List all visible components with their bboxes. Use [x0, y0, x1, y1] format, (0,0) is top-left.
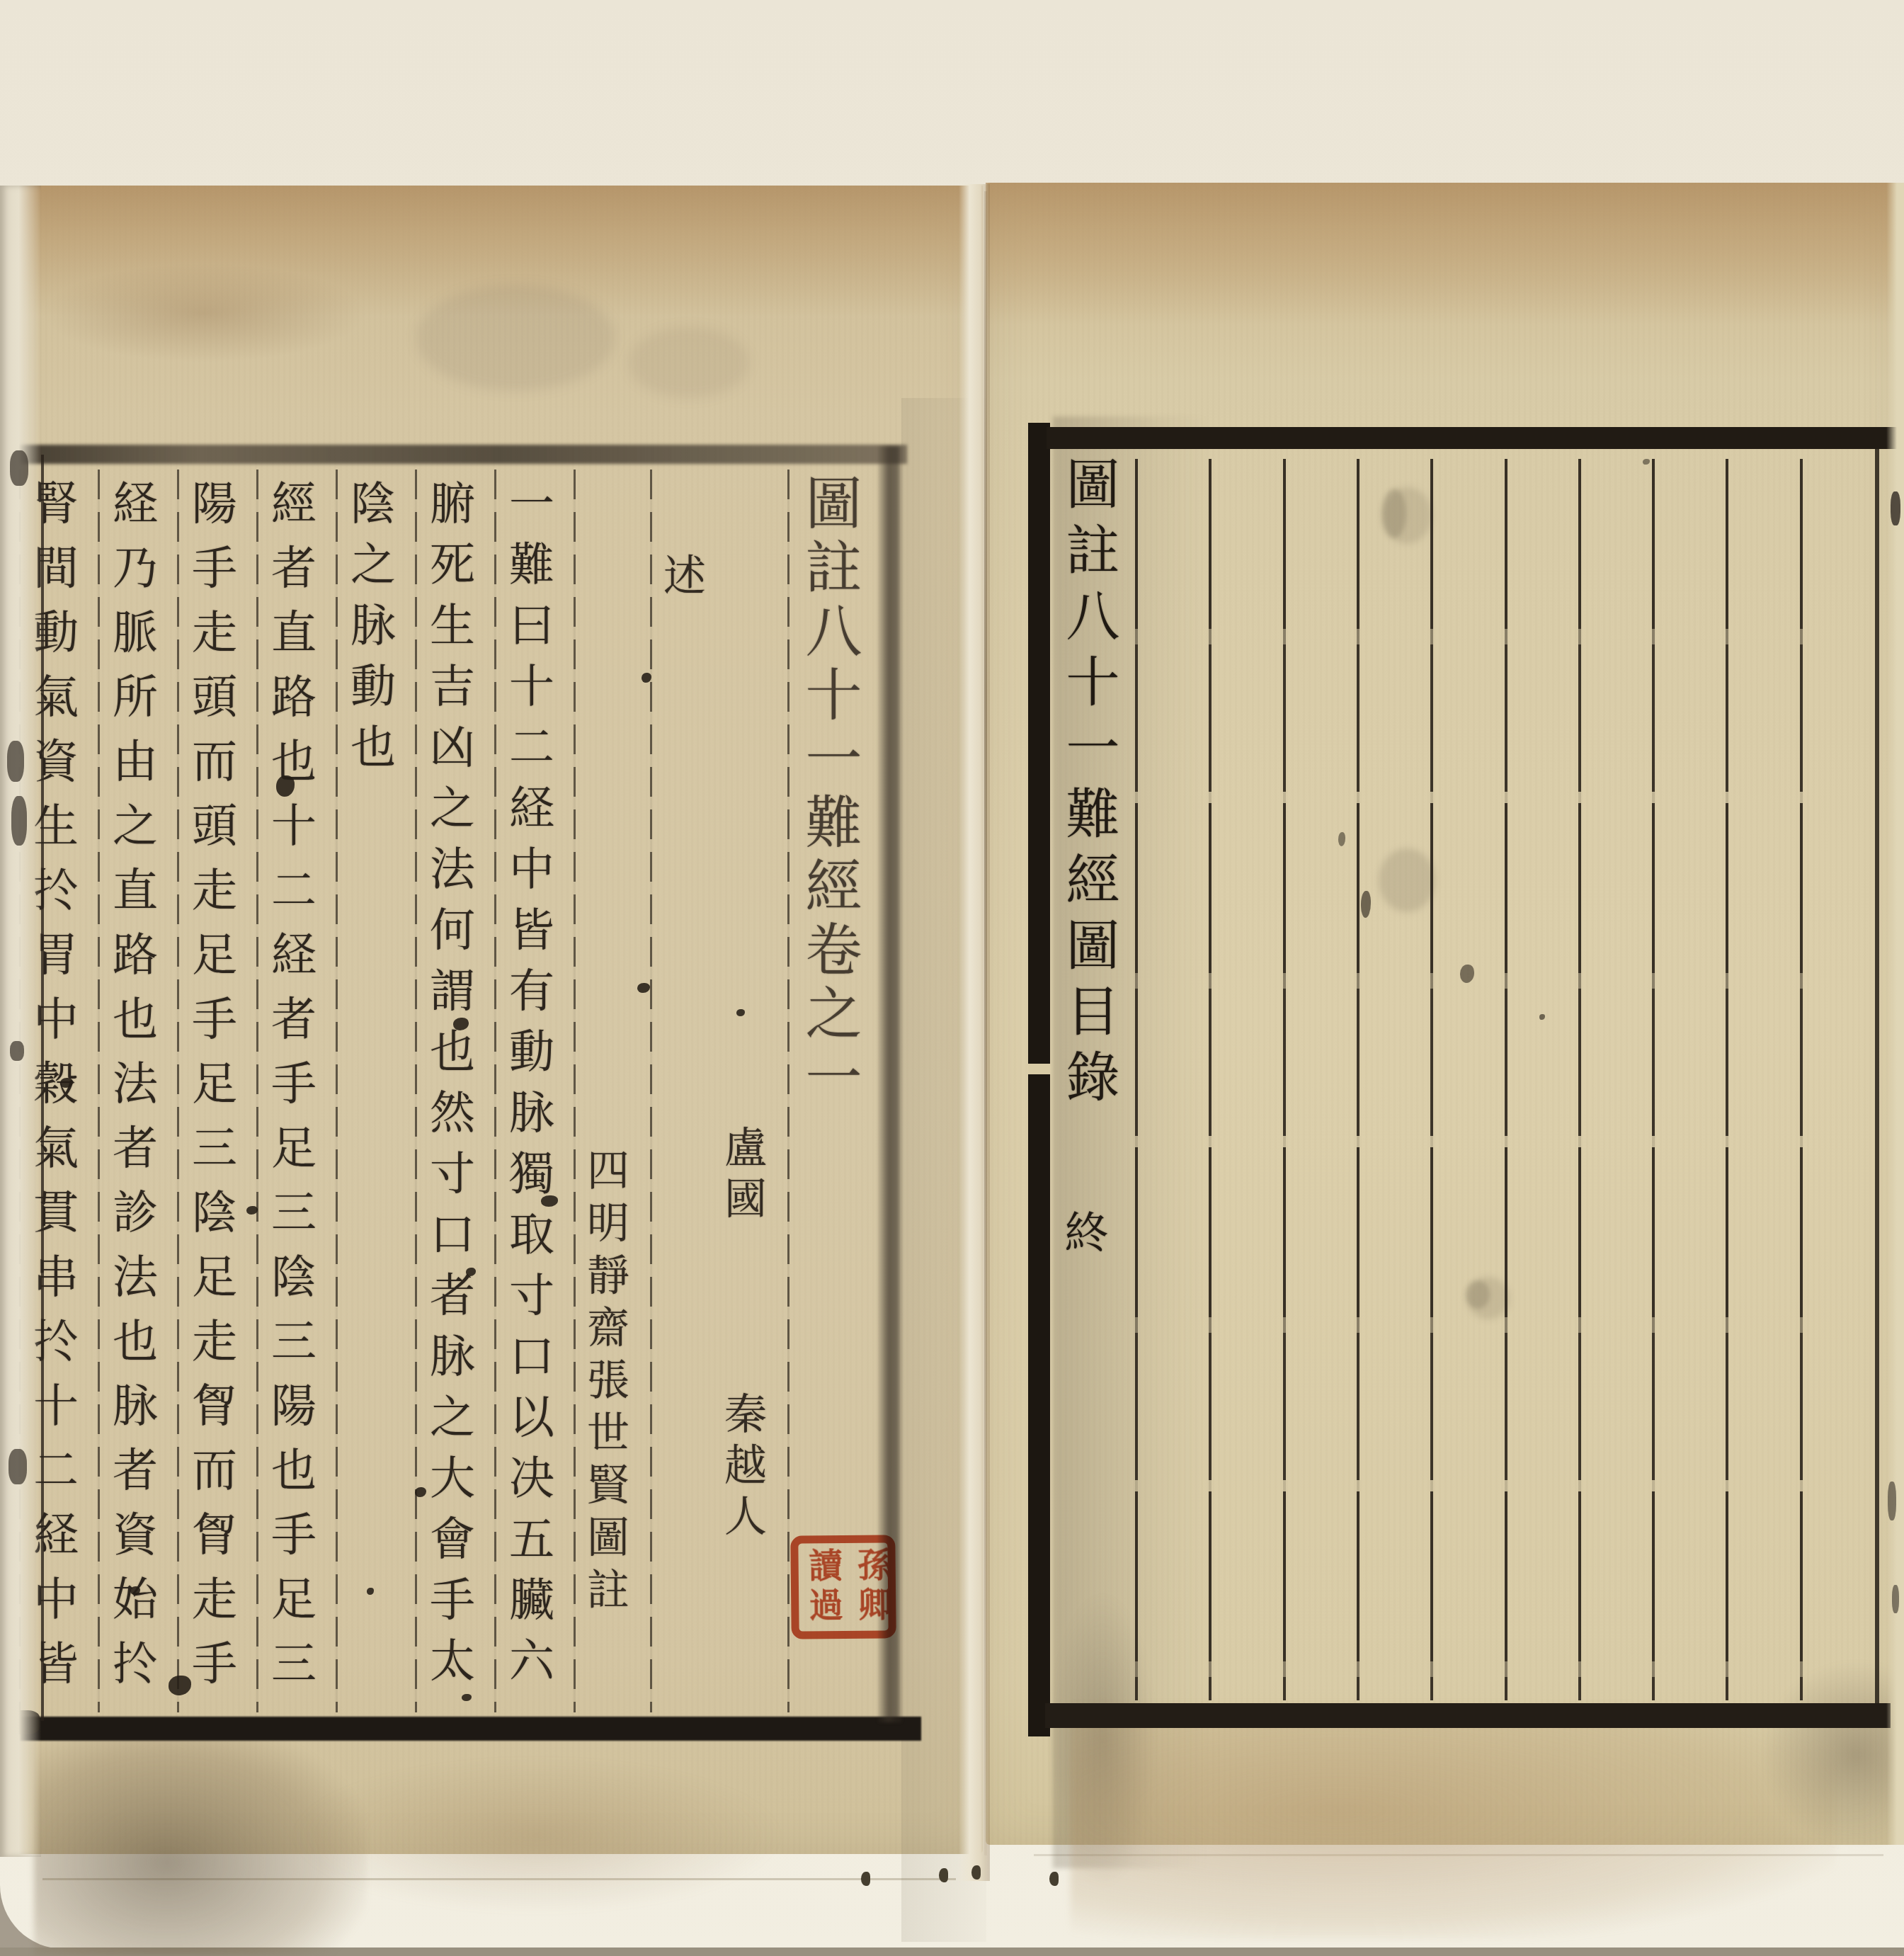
- annotator-column: 四明靜齋張世賢圖註: [574, 464, 651, 1717]
- collector-seal: 孫卿 讀過: [790, 1535, 896, 1639]
- edge-text-fragment: [10, 1041, 24, 1061]
- contents-title: 圖註八十一難經圖目錄: [1057, 456, 1120, 1115]
- author-name: 秦越人: [717, 1392, 767, 1545]
- frame-border-right: [878, 446, 901, 1722]
- column-text: 陰之脉動也: [343, 479, 395, 784]
- scan-bottom-edge: [0, 1948, 1904, 1956]
- column-text: 陽手走頭而頭走足手足三陰足走胷而胷走手: [184, 479, 236, 1704]
- frame-border-bottom: [1045, 1703, 1891, 1728]
- border-break: [1028, 1064, 1050, 1074]
- edge-text-fragment: [8, 1449, 27, 1484]
- ruled-column: [1432, 449, 1505, 1703]
- ruled-column: [1580, 449, 1653, 1703]
- ruled-column: [1727, 449, 1801, 1703]
- frame-border-right: [1875, 449, 1879, 1703]
- column-text: 經者直路也十二経者手足三陰三陽也手足三: [263, 479, 316, 1704]
- volume-title-column: 圖註八十一難經卷之一: [788, 464, 878, 1717]
- gutter-crease: [984, 191, 987, 1855]
- bleed-through-ghost: [1382, 489, 1406, 538]
- frame-border-top: [0, 445, 907, 464]
- bleed-through-ghost: [629, 327, 749, 398]
- ruled-column: [1653, 449, 1727, 1703]
- text-column: 陰之脉動也: [336, 464, 416, 1717]
- binding-hole: [971, 1865, 981, 1880]
- text-column: 腑死生吉凶之法何謂也然寸口者脉之大會手太: [416, 464, 495, 1717]
- seal-right-column: 孫卿: [847, 1547, 896, 1627]
- text-column: 一難曰十二経中皆有動脉獨取寸口以决五臟六: [495, 464, 574, 1717]
- scanned-book-spread: 圖註八十一難經卷之一 盧國 秦越人 述 四明靜齋張世賢圖註 一難曰十二経中皆有動…: [0, 0, 1904, 1956]
- right-page-top-stain: [986, 183, 1904, 324]
- frame-border-left-thick: [1028, 423, 1050, 1736]
- column-text: 一難曰十二経中皆有動脉獨取寸口以决五臟六: [501, 479, 554, 1698]
- text-column: 經者直路也十二経者手足三陰三陽也手足三: [257, 464, 336, 1717]
- volume-title: 圖註八十一難經卷之一: [796, 474, 862, 1111]
- backing-crease: [42, 1878, 956, 1880]
- ruled-column: [1210, 449, 1284, 1703]
- fore-edge-page-stack: [0, 186, 41, 1857]
- ruled-column: [1358, 449, 1432, 1703]
- book-scan-page: { "document": { "kind": "woodblock-print…: [0, 0, 1904, 1956]
- seal-left-column: 讀過: [798, 1547, 848, 1627]
- annotator-name: 四明靜齋張世賢圖註: [580, 1148, 629, 1620]
- right-columns: 圖註八十一難經圖目錄 終: [1050, 449, 1875, 1703]
- author-role: 述: [656, 553, 706, 604]
- backing-crease: [1034, 1854, 1883, 1856]
- binding-hole: [861, 1872, 870, 1886]
- binding-hole: [939, 1868, 948, 1882]
- right-text-frame: 圖註八十一難經圖目錄 終: [1028, 427, 1889, 1728]
- end-mark: 終: [1051, 1210, 1115, 1266]
- left-text-frame: 圖註八十一難經卷之一 盧國 秦越人 述 四明靜齋張世賢圖註 一難曰十二経中皆有動…: [41, 445, 901, 1741]
- edge-text-fragment: [10, 450, 28, 486]
- edge-text-fragment: [7, 741, 24, 782]
- left-columns: 圖註八十一難經卷之一 盧國 秦越人 述 四明靜齋張世賢圖註 一難曰十二経中皆有動…: [44, 464, 878, 1717]
- edge-text-fragment: [1891, 491, 1900, 525]
- ruled-column: [1284, 449, 1358, 1703]
- ruled-column: [1506, 449, 1580, 1703]
- frame-border-bottom: [20, 1717, 921, 1741]
- edge-text-fragment: [11, 796, 27, 846]
- edge-text-fragment: [1892, 1585, 1899, 1613]
- contents-title-column: 圖註八十一難經圖目錄 終: [1050, 449, 1136, 1703]
- ruled-column: [1801, 449, 1875, 1703]
- text-column: 経乃脈所由之直路也法者診法也脉者資始扵: [98, 464, 178, 1717]
- edge-text-fragment: [1888, 1482, 1896, 1520]
- binding-hole: [1049, 1872, 1059, 1886]
- text-column: 陽手走頭而頭走足手足三陰足走胷而胷走手: [178, 464, 257, 1717]
- author-column: 盧國 秦越人 述: [651, 464, 788, 1717]
- bleed-through-ghost: [1466, 1280, 1490, 1309]
- column-text: 腑死生吉凶之法何謂也然寸口者脉之大會手太: [422, 479, 474, 1698]
- frame-border-top: [1047, 427, 1899, 449]
- author-place: 盧國: [717, 1125, 767, 1227]
- ruled-column: [1136, 449, 1210, 1703]
- column-text: 経乃脈所由之直路也法者診法也脉者資始扵: [105, 479, 157, 1704]
- bleed-through-ghost: [416, 285, 615, 391]
